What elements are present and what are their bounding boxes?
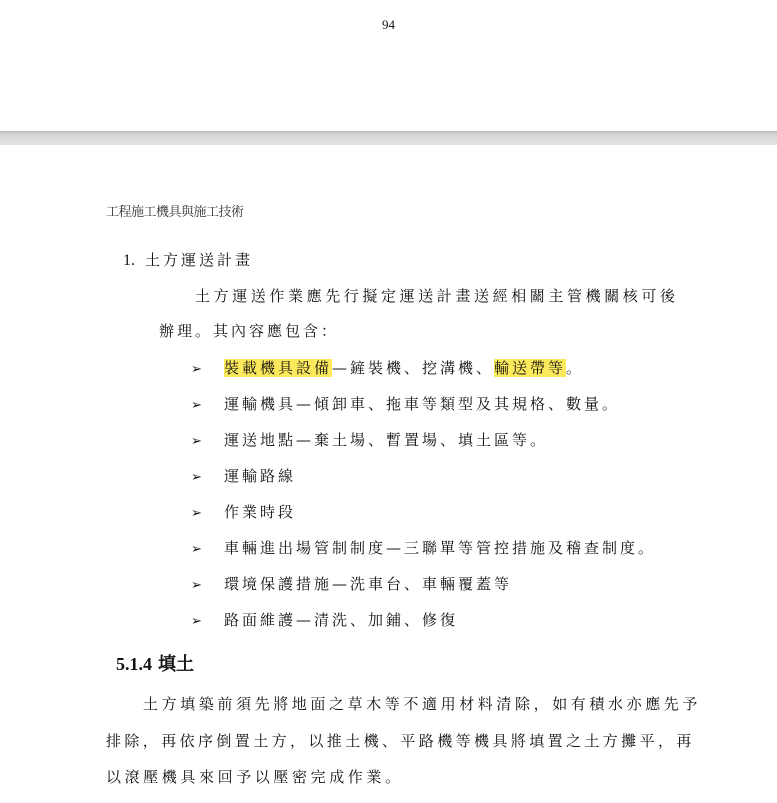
section-heading: 5.1.4填土: [116, 650, 194, 676]
page-number: 94: [0, 17, 777, 33]
arrow-bullet-icon: ➢: [191, 470, 224, 485]
arrow-bullet-icon: ➢: [191, 398, 224, 413]
arrow-bullet-icon: ➢: [191, 362, 224, 377]
arrow-bullet-icon: ➢: [191, 614, 224, 629]
list-item: ➢運輸機具—傾卸車、拖車等類型及其規格、數量。: [191, 393, 620, 414]
running-header: 工程施工機具與施工技術: [106, 201, 244, 220]
arrow-bullet-icon: ➢: [191, 434, 224, 449]
list-item: ➢運送地點—棄土場、暫置場、填土區等。: [191, 429, 548, 450]
arrow-bullet-icon: ➢: [191, 542, 224, 557]
intro-paragraph-line-2: 辦理。其內容應包含：: [159, 320, 339, 341]
section-number: 5.1.4: [116, 654, 152, 674]
highlighted-text: 輸送帶等: [494, 359, 566, 377]
list-item: ➢車輛進出場管制制度—三聯單等管控措施及稽查制度。: [191, 537, 656, 558]
list-item: ➢運輸路線: [191, 465, 296, 486]
intro-paragraph-line-1: 土方運送作業應先行擬定運送計畫送經相關主管機關核可後: [195, 285, 679, 306]
section-paragraph-line-2: 排除，再依序倒置土方，以推土機、平路機等機具將填置之土方攤平，再: [106, 730, 695, 751]
highlighted-text: 裝載機具設備: [224, 359, 332, 377]
section-title: 填土: [158, 654, 194, 675]
list-heading-number: 1.: [123, 252, 135, 269]
list-heading-title: 土方運送計畫: [145, 251, 253, 269]
section-paragraph-line-3: 以滾壓機具來回予以壓密完成作業。: [106, 766, 404, 787]
list-item: ➢路面維護—清洗、加鋪、修復: [191, 609, 458, 630]
previous-page-bottom: 94: [0, 0, 777, 131]
arrow-bullet-icon: ➢: [191, 506, 224, 521]
list-item: ➢環境保護措施—洗車台、車輛覆蓋等: [191, 573, 512, 594]
page-separator: [0, 131, 777, 145]
arrow-bullet-icon: ➢: [191, 578, 224, 593]
list-item: ➢裝載機具設備—鏟裝機、挖溝機、輸送帶等。: [191, 357, 584, 378]
section-paragraph-line-1: 土方填築前須先將地面之草木等不適用材料清除，如有積水亦應先予: [143, 693, 701, 714]
list-heading: 1.土方運送計畫: [123, 249, 253, 270]
list-item: ➢作業時段: [191, 501, 296, 522]
